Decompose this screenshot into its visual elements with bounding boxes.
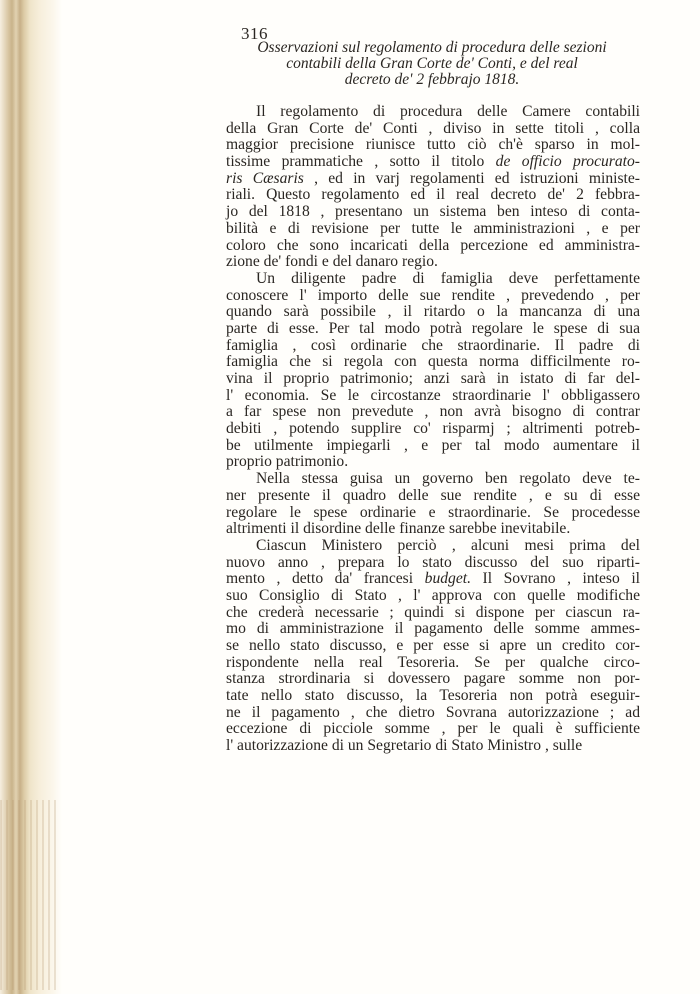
body-text: Il regolamento di procedura delle Camere… (226, 104, 640, 755)
text-line: se nello stato discusso, e per esse si a… (226, 638, 640, 655)
page-stack-edge (0, 800, 58, 990)
text-line: coloro che sono incaricati della percezi… (226, 238, 640, 255)
text-line: conoscere l' importo delle sue rendite ,… (226, 288, 640, 305)
text-line: maggior precisione riunisce tutto ciò ch… (226, 137, 640, 154)
text-line: bilità e di revisione per tutte le ammin… (226, 221, 640, 238)
text-line: tate nello stato discusso, la Tesoreria … (226, 688, 640, 705)
title-line: Osservazioni sul regolamento di procedur… (222, 40, 642, 56)
text-line: altrimenti il disordine delle finanze sa… (226, 521, 640, 538)
text-line: stanza strordinaria si dovessero pagare … (226, 671, 640, 688)
title-line: decreto de' 2 febbrajo 1818. (222, 72, 642, 88)
text-line: a far spese non prevedute , non avrà bis… (226, 404, 640, 421)
text-line: proprio patrimonio. (226, 454, 640, 471)
text-line: jo del 1818 , presentano un sistema ben … (226, 204, 640, 221)
text-line: parte di esse. Per tal modo potrà regola… (226, 321, 640, 338)
text-line: famiglia , così ordinarie che straordina… (226, 338, 640, 355)
section-title: Osservazioni sul regolamento di procedur… (222, 40, 642, 88)
paragraph: Un diligente padre di famiglia deve perf… (226, 271, 640, 471)
text-line: che crederà necessarie ; quindi si dispo… (226, 605, 640, 622)
text-line: eccezione di picciole somme , per le qua… (226, 721, 640, 738)
title-line: contabili della Gran Corte de' Conti, e … (222, 56, 642, 72)
text-line: quando sarà possibile , il ritardo o la … (226, 304, 640, 321)
text-line: riali. Questo regolamento ed il real dec… (226, 187, 640, 204)
text-line: tissime prammatiche , sotto il titolo de… (226, 154, 640, 171)
text-line: ris Cæsaris , ed in varj regolamenti ed … (226, 171, 640, 188)
text-line: Ciascun Ministero perciò , alcuni mesi p… (226, 538, 640, 555)
paragraph: Nella stessa guisa un governo ben regola… (226, 471, 640, 538)
text-line: Il regolamento di procedura delle Camere… (226, 104, 640, 121)
text-line: ner presente il quadro delle sue rendite… (226, 488, 640, 505)
text-line: zione de' fondi e del danaro regio. (226, 254, 640, 271)
paragraph: Il regolamento di procedura delle Camere… (226, 104, 640, 271)
text-line: l' economia. Se le circostanze straordin… (226, 388, 640, 405)
text-line: debiti , potendo supplire co' risparmj ;… (226, 421, 640, 438)
text-line: be utilmente impiegarli , e per tal modo… (226, 438, 640, 455)
paragraph: Ciascun Ministero perciò , alcuni mesi p… (226, 538, 640, 755)
text-line: ne il pagamento , che dietro Sovrana aut… (226, 705, 640, 722)
text-line: mo di amministrazione il pagamento delle… (226, 621, 640, 638)
text-line: nuovo anno , prepara lo stato discusso d… (226, 555, 640, 572)
text-line: della Gran Corte de' Conti , diviso in s… (226, 121, 640, 138)
text-line: regolare le spese ordinarie e straordina… (226, 505, 640, 522)
text-line: mento , detto da' francesi budget. Il So… (226, 571, 640, 588)
text-line: suo Consiglio di Stato , l' approva con … (226, 588, 640, 605)
text-line: famiglia che si regola con questa norma … (226, 354, 640, 371)
text-line: Un diligente padre di famiglia deve perf… (226, 271, 640, 288)
text-line: l' autorizzazione di un Segretario di St… (226, 738, 640, 755)
text-line: rispondente nella real Tesoreria. Se per… (226, 655, 640, 672)
text-line: vina il proprio patrimonio; anzi sarà in… (226, 371, 640, 388)
text-line: Nella stessa guisa un governo ben regola… (226, 471, 640, 488)
